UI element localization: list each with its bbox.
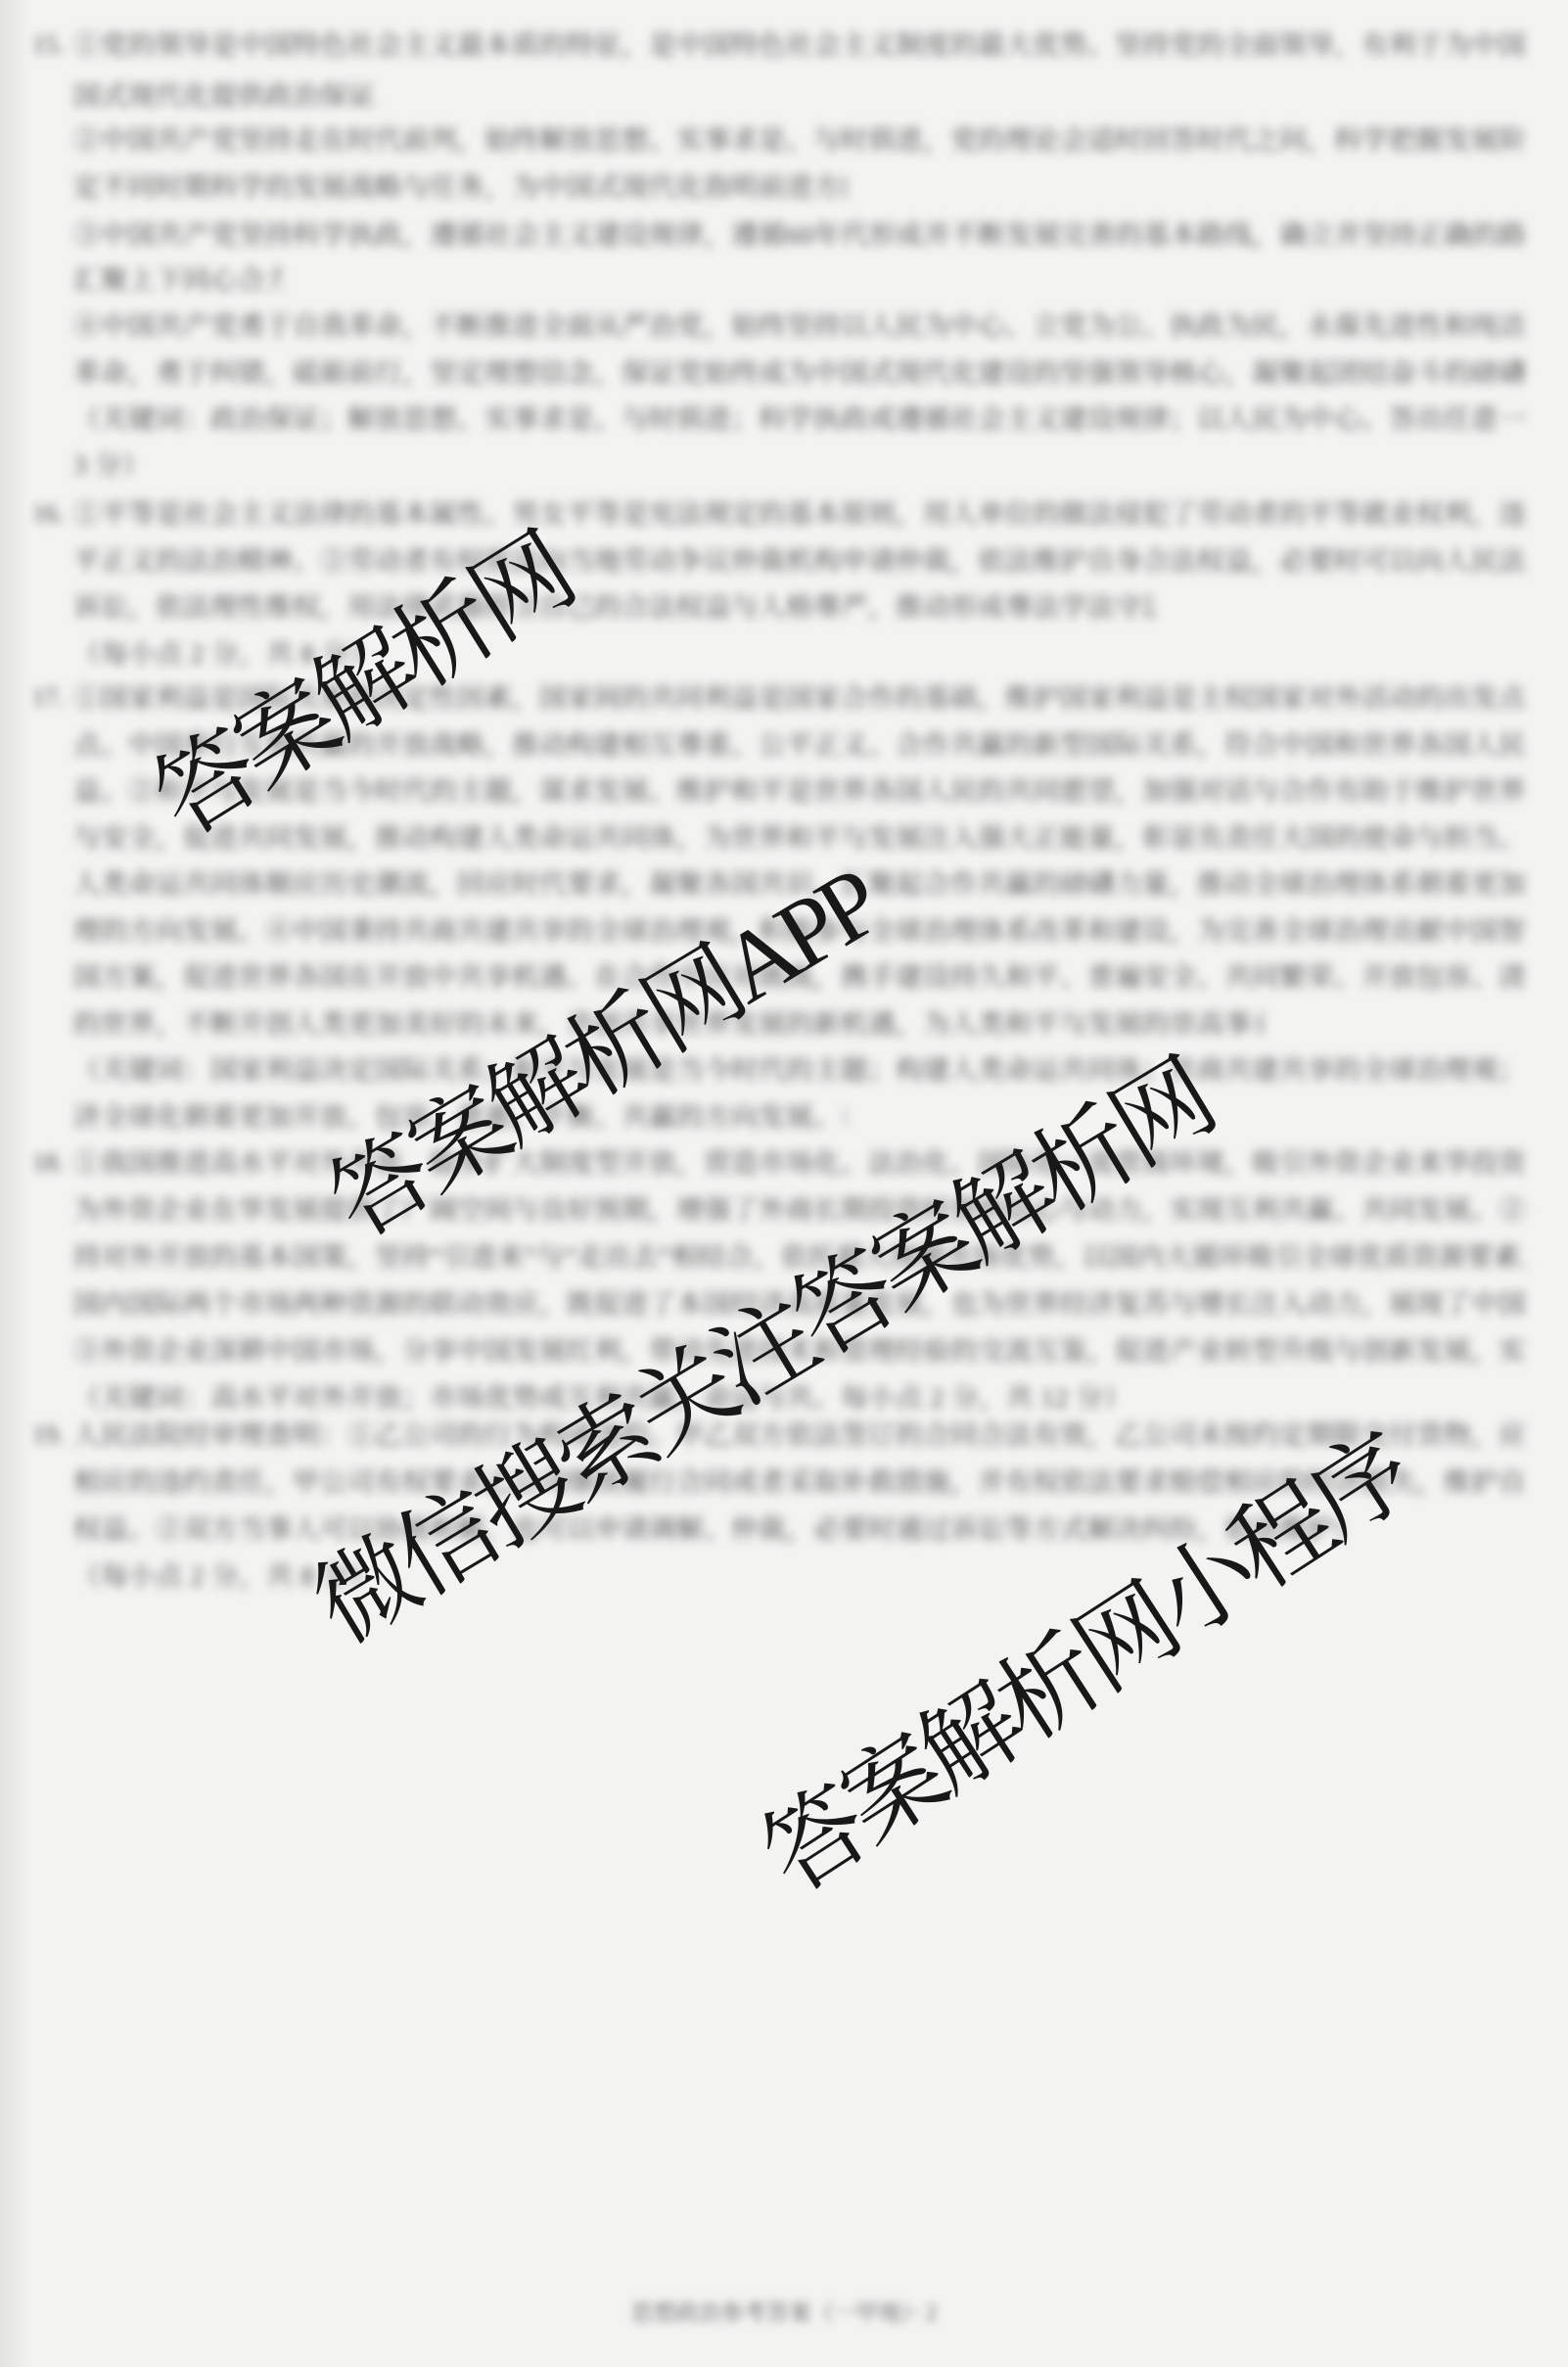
page-footer: 思想政治参考答案（一甲地）· 2 [0, 2295, 1568, 2327]
answer-line: ①我国推进高水平对外开放，稳步扩大制度型开放，营造市场化、法治化、国际化一流营商… [73, 1142, 1525, 1183]
answer-line: 平正义的法治精神。②劳动者有权依法向当地劳动争议仲裁机构申请仲裁，依法维护自身合… [73, 540, 1525, 581]
answer-line: （关键词：国家利益决定国际关系；和平与发展是当今时代的主题；构建人类命运共同体；… [73, 1049, 1525, 1091]
document-page: 15.①党的领导是中国特色社会主义最本质的特征，是中国特色社会主义制度的最大优势… [0, 0, 1568, 2367]
item-number-4: 18. [32, 1142, 65, 1183]
answer-line: 国式现代化提供政治保证。 [73, 75, 377, 116]
item-number-1: 15. [32, 24, 65, 66]
answer-line: 3 分） [73, 444, 166, 486]
item-number-5: 19. [32, 1415, 65, 1456]
answer-line: （关键词：政治保证；解放思想、实事求是、与时俱进；科学执政或遵循社会主义建设规律… [73, 398, 1525, 440]
answer-line: ①平等是社会主义法律的基本属性。男女平等是宪法规定的基本原则，用人单位的做法侵犯… [73, 493, 1525, 534]
answer-line: 革命，勇于纠错，砥砺前行，坚定理想信念，保证党始终成为中国式现代化建设的坚强领导… [73, 352, 1525, 394]
answer-line: 定不同时期科学的发展战略与任务，为中国式现代化指明前进方向。 [73, 166, 847, 208]
answer-line: 汇聚上下同心合力。 [73, 259, 284, 301]
answer-line: 诉讼，依法理性维权，用法律武器捍卫自己的合法权益与人格尊严，推动形成尊法学法守法… [73, 586, 1155, 627]
answer-text-body: 15.①党的领导是中国特色社会主义最本质的特征，是中国特色社会主义制度的最大优势… [0, 0, 1568, 2367]
answer-line: ④中国共产党勇于自我革命，不断推进全面从严治党，始终坚持以人民为中心、立党为公、… [73, 305, 1525, 347]
answer-line: 为外资企业在华发展提供了广阔空间与良好预期，增强了外商长期投资经营的信心与动力，… [73, 1189, 1525, 1230]
answer-line: ③中国共产党坚持科学执政，遵循社会主义建设规律，遵循60年代形成并不断发展完善的… [73, 214, 1525, 255]
answer-line: ②中国共产党坚持走在时代前列，始终解放思想、实事求是、与时俱进，党的理论会适时回… [73, 119, 1525, 161]
item-number-3: 17. [32, 677, 65, 719]
item-number-2: 16. [32, 493, 65, 534]
answer-line: ①党的领导是中国特色社会主义最本质的特征，是中国特色社会主义制度的最大优势。坚持… [73, 24, 1525, 66]
footer-text: 思想政治参考答案（一甲地）· 2 [631, 2300, 937, 2325]
